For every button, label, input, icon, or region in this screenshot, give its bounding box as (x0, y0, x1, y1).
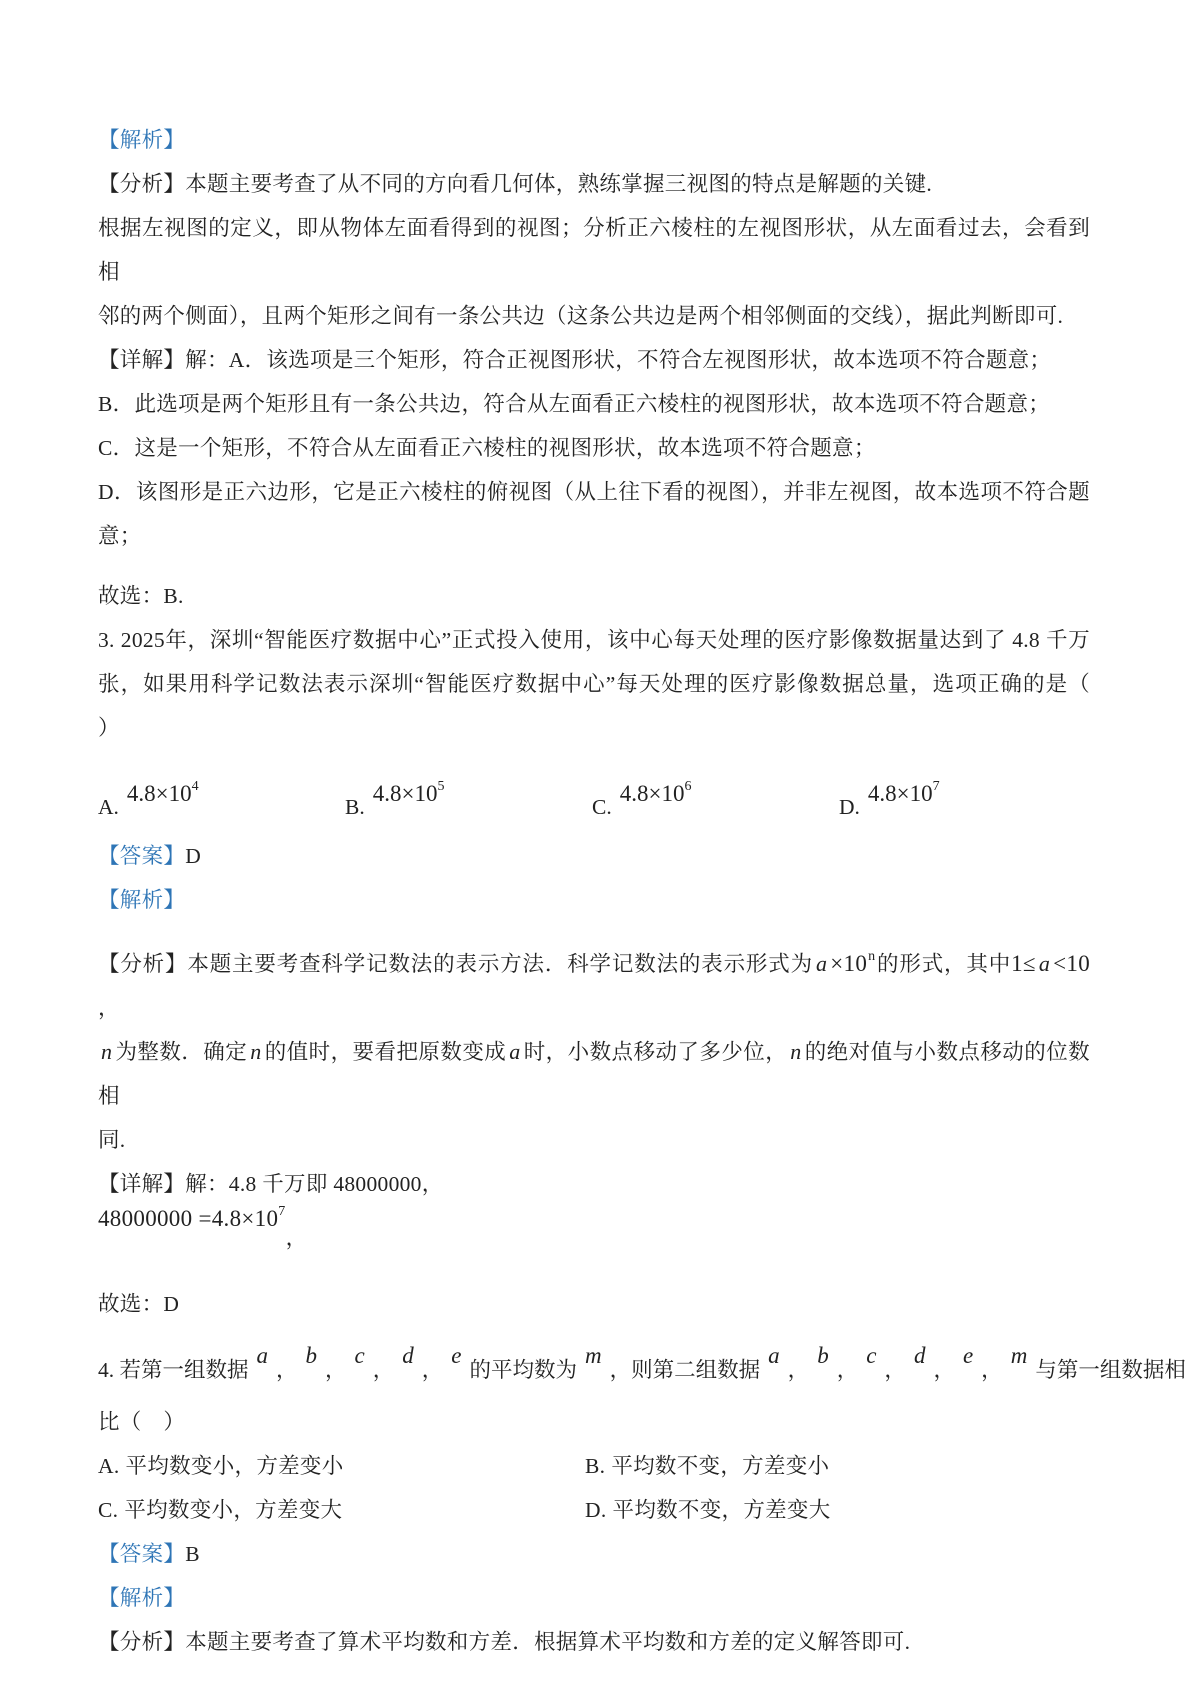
q3-option-b-formula: 4.8×105 (373, 781, 445, 807)
q3-l2-var-a: a (506, 1030, 523, 1074)
q3-result-exp: 7 (278, 1204, 285, 1219)
q3-option-b-label: B. (345, 795, 365, 819)
q4-option-a: A.平均数变小，方差变小 (98, 1444, 585, 1488)
q3-analysis-line3: 同. (98, 1118, 1090, 1162)
q4-analysis-text: 【分析】本题主要考查了算术平均数和方差．根据算术平均数和方差的定义解答即可. (98, 1620, 1090, 1664)
q4-mean-var: m (577, 1326, 610, 1386)
q4-var-m2: m (1003, 1326, 1036, 1386)
sol2-analysis-label: 【解析】 (98, 118, 1090, 162)
sol2-detail-option-b: B．此选项是两个矩形且有一条公共边，符合从左面看正六棱柱的视图形状，故本选项不符… (98, 382, 1090, 426)
q3-stem-line3: ） (98, 706, 1090, 750)
q4-option-b-label: B. (585, 1454, 605, 1478)
q3-formula-line: 48000000 =4.8×107， (98, 1206, 1090, 1272)
q4-var-b2: b (809, 1326, 837, 1386)
q3-l2-t3: 时，小数点移动了多少位， (524, 1040, 788, 1064)
q3-analysis-line1: 【分析】本题主要考查科学记数法的表示方法．科学记数法的表示形式为a×10n的形式… (98, 942, 1090, 1030)
sol2-note-line2: 邻的两个侧面），且两个矩形之间有一条公共边（这条公共边是两个相邻侧面的交线），据… (98, 294, 1090, 338)
q3-option-c: C.4.8×106 (592, 794, 839, 820)
q3-analysis-line2: n为整数．确定n的值时，要看把原数变成a时，小数点移动了多少位，n的绝对值与小数… (98, 1030, 1090, 1118)
q4-sep: ， (373, 1340, 395, 1400)
q3-option-b-base: 4.8×10 (373, 781, 438, 806)
q4-stem-line1: 4. 若第一组数据a，b，c，d，e的平均数为m，则第二组数据a，b，c，d，e… (98, 1340, 1090, 1400)
sol2-detail-option-d-line1: D．该图形是正六边形，它是正六棱柱的俯视图（从上往下看的视图），并非左视图，故本… (98, 470, 1090, 514)
q4-answer-value: B (185, 1542, 200, 1566)
sol2-detail-option-a: 【详解】解：A．该选项是三个矩形，符合正视图形状，不符合左视图形状，故本选项不符… (98, 338, 1090, 382)
q4-mid2: ，则第二组数据 (610, 1358, 761, 1382)
sol2-note-line1: 根据左视图的定义，即从物体左面看得到的视图；分析正六棱柱的左视图形状，从左面看过… (98, 206, 1090, 294)
q3-option-c-base: 4.8×10 (620, 781, 685, 806)
q3-ineq-pre: 1≤ (1011, 951, 1036, 976)
q3-stem-line2: 张，如果用科学记数法表示深圳“智能医疗数据中心”每天处理的医疗影像数据总量，选项… (98, 662, 1090, 706)
q4-var-c2: c (858, 1326, 884, 1386)
q3-analysis-t3: ， (98, 996, 120, 1020)
q3-l2-t1: 为整数．确定 (115, 1040, 247, 1064)
q4-options-row1: A.平均数变小，方差变小 B.平均数不变，方差变小 (98, 1444, 1090, 1488)
q4-option-c-label: C. (98, 1498, 118, 1522)
q3-option-d: D.4.8×107 (839, 794, 940, 820)
q3-sci-notation-formula: a×10n (813, 942, 877, 986)
q3-l2-var-n1: n (98, 1030, 115, 1074)
q4-option-b-text: 平均数不变，方差变小 (611, 1454, 829, 1478)
q3-option-d-label: D. (839, 795, 860, 819)
q4-answer-label: 【答案】 (98, 1542, 185, 1566)
q3-inequality: 1≤a<10 (1011, 942, 1090, 986)
q4-var-b1: b (298, 1326, 326, 1386)
q3-answer-label: 【答案】 (98, 844, 185, 868)
sol2-detail-option-c: C．这是一个矩形，不符合从左面看正六棱柱的视图形状，故本选项不符合题意； (98, 426, 1090, 470)
q3-l2-var-n3: n (787, 1030, 804, 1074)
q3-var-a: a (813, 942, 830, 986)
q4-sep: ， (276, 1340, 298, 1400)
q4-option-d-label: D. (585, 1498, 607, 1522)
q4-mid1: 的平均数为 (470, 1358, 578, 1382)
q3-option-b: B.4.8×105 (345, 794, 592, 820)
q3-option-a-exp: 4 (192, 779, 199, 794)
q3-formula-comma: ， (286, 1226, 308, 1250)
q4-sep: ， (884, 1340, 906, 1400)
q4-var-a1: a (249, 1326, 277, 1386)
q3-stem-line1: 3. 2025年，深圳“智能医疗数据中心”正式投入使用，该中心每天处理的医疗影像… (98, 618, 1090, 662)
q3-option-a-label: A. (98, 795, 119, 819)
sol2-conclusion: 故选：B. (98, 574, 1090, 618)
q3-option-c-exp: 6 (684, 779, 691, 794)
q4-var-d1: d (394, 1326, 422, 1386)
q3-ineq-post: <10 (1053, 951, 1090, 976)
q4-sep: ， (933, 1340, 955, 1400)
q3-option-c-label: C. (592, 795, 612, 819)
q4-suffix: 与第一组数据相 (1035, 1358, 1186, 1382)
q3-option-d-formula: 4.8×107 (868, 781, 940, 807)
q4-sep: ， (325, 1340, 347, 1400)
q4-options-row2: C.平均数变小，方差变大 D.平均数不变，方差变大 (98, 1488, 1090, 1532)
sol2-detail-option-d-line2: 意； (98, 514, 1090, 558)
q3-result-formula: 48000000 =4.8×107 (98, 1197, 286, 1241)
q3-ineq-var-a: a (1036, 942, 1053, 986)
q3-analysis-label: 【解析】 (98, 878, 1090, 922)
q4-sep: ， (788, 1340, 810, 1400)
q4-option-a-text: 平均数变小，方差变小 (126, 1454, 344, 1478)
q3-times-base: ×10 (830, 951, 867, 976)
q4-var-d2: d (906, 1326, 934, 1386)
q4-option-c: C.平均数变小，方差变大 (98, 1488, 585, 1532)
q4-sep: ， (981, 1340, 1003, 1400)
q4-var-c1: c (347, 1326, 373, 1386)
q3-options-row: A.4.8×104 B.4.8×105 C.4.8×106 D.4.8×107 (98, 758, 1090, 820)
q4-prefix: 4. 若第一组数据 (98, 1358, 249, 1382)
q4-var-a2: a (760, 1326, 788, 1386)
q3-option-a-formula: 4.8×104 (127, 781, 199, 807)
q3-option-d-exp: 7 (933, 779, 940, 794)
q3-result-base: 48000000 =4.8×10 (98, 1206, 278, 1231)
q3-answer-value: D (185, 844, 201, 868)
q4-answer-line: 【答案】B (98, 1532, 1090, 1576)
exam-solution-page: 【解析】 【分析】本题主要考查了从不同的方向看几何体，熟练掌握三视图的特点是解题… (0, 0, 1190, 1683)
q3-option-d-base: 4.8×10 (868, 781, 933, 806)
q4-option-d: D.平均数不变，方差变大 (585, 1488, 831, 1532)
q4-sep: ， (422, 1340, 444, 1400)
sol2-analysis-text: 【分析】本题主要考查了从不同的方向看几何体，熟练掌握三视图的特点是解题的关键. (98, 162, 1090, 206)
q3-analysis-t2: 的形式，其中 (876, 952, 1011, 976)
q3-l2-t2: 的值时，要看把原数变成 (265, 1040, 507, 1064)
q3-option-a: A.4.8×104 (98, 794, 345, 820)
q4-var-e2: e (955, 1326, 981, 1386)
q3-l2-var-n2: n (247, 1030, 264, 1074)
q4-var-e1: e (443, 1326, 469, 1386)
q3-option-b-exp: 5 (437, 779, 444, 794)
q3-conclusion: 故选：D (98, 1282, 1090, 1326)
q3-option-a-base: 4.8×10 (127, 781, 192, 806)
q3-answer-line: 【答案】D (98, 834, 1090, 878)
q4-option-b: B.平均数不变，方差变小 (585, 1444, 829, 1488)
q4-sep: ， (837, 1340, 859, 1400)
q3-analysis-t1: 【分析】本题主要考查科学记数法的表示方法．科学记数法的表示形式为 (98, 952, 813, 976)
q4-stem-line2: 比（ ） (98, 1400, 1090, 1444)
q3-option-c-formula: 4.8×106 (620, 781, 692, 807)
q4-option-c-text: 平均数变小，方差变大 (124, 1498, 342, 1522)
q4-option-d-text: 平均数不变，方差变大 (613, 1498, 831, 1522)
q4-analysis-label: 【解析】 (98, 1576, 1090, 1620)
q4-option-a-label: A. (98, 1454, 120, 1478)
